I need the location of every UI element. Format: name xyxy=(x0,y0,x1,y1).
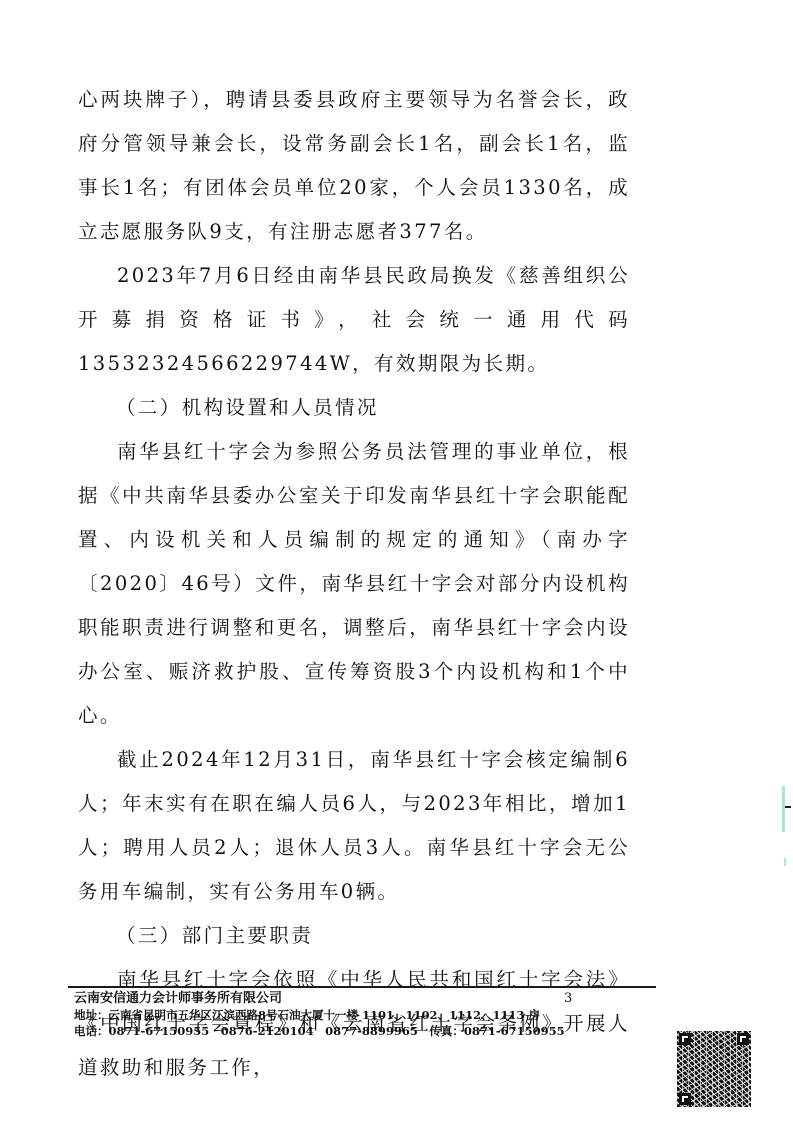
qr-finder-icon xyxy=(679,1093,691,1105)
paragraph-staffing: 截止2024年12月31日，南华县红十字会核定编制6人；年末实有在职在编人员6人… xyxy=(78,738,630,914)
scan-edge-mark xyxy=(782,786,785,832)
qr-code-icon xyxy=(677,1031,751,1107)
scan-edge-tick xyxy=(785,806,791,808)
section-heading-responsibilities: （三）部门主要职责 xyxy=(78,914,630,958)
paragraph-continuation: 心两块牌子），聘请县委县政府主要领导为名誉会长，政府分管领导兼会长，设常务副会长… xyxy=(78,78,630,254)
scan-edge-mark xyxy=(784,858,786,866)
paragraph-certificate: 2023年7月6日经由南华县民政局换发《慈善组织公开募捐资格证书》，社会统一通用… xyxy=(78,254,630,386)
paragraph-organization: 南华县红十字会为参照公务员法管理的事业单位，根据《中共南华县委办公室关于印发南华… xyxy=(78,430,630,738)
footer-divider xyxy=(68,986,656,988)
qr-finder-icon xyxy=(737,1033,749,1045)
section-heading-organization: （二）机构设置和人员情况 xyxy=(78,386,630,430)
page-number: 3 xyxy=(564,990,572,1007)
document-page: 心两块牌子），聘请县委县政府主要领导为名誉会长，政府分管领导兼会长，设常务副会长… xyxy=(0,0,793,1121)
qr-finder-icon xyxy=(679,1033,691,1045)
footer-company-name: 云南安信通力会计师事务所有限公司 xyxy=(74,990,634,1007)
page-footer: 云南安信通力会计师事务所有限公司 3 地址：云南省昆明市五华区江滨西路8号石油大… xyxy=(74,990,634,1039)
footer-phone: 电话：0871-67150955 0876-2120104 0877-88999… xyxy=(74,1023,634,1039)
document-body: 心两块牌子），聘请县委县政府主要领导为名誉会长，政府分管领导兼会长，设常务副会长… xyxy=(78,78,630,1090)
footer-address: 地址：云南省昆明市五华区江滨西路8号石油大厦十一楼 1101、1102、1112… xyxy=(74,1007,634,1023)
